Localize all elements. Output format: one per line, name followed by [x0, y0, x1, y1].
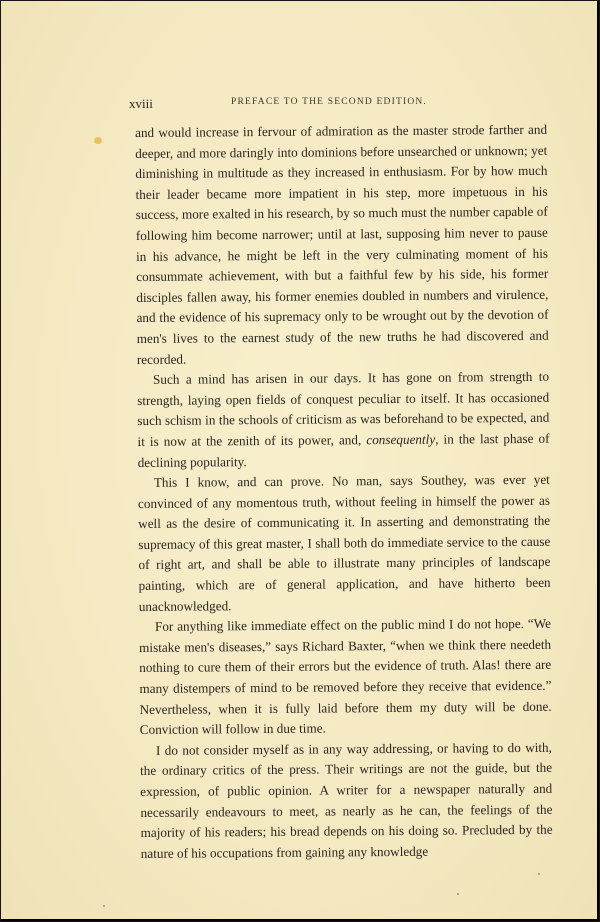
paper-speck	[103, 905, 105, 907]
paragraph-3: This I know, and can prove. No man, says…	[138, 470, 551, 617]
paper-stain-mark	[94, 137, 102, 144]
page-header: xviii PREFACE TO THE SECOND EDITION.	[129, 96, 549, 116]
running-head: PREFACE TO THE SECOND EDITION.	[231, 97, 427, 107]
page-body: and would increase in fervour of admirat…	[135, 120, 553, 865]
paragraph-1: and would increase in fervour of admirat…	[135, 120, 549, 370]
paragraph-5: I do not consider myself as in any way a…	[140, 738, 553, 865]
page-number: xviii	[129, 96, 153, 112]
paragraph-4: For anything like immediate effect on th…	[139, 614, 552, 741]
scanned-book-page: xviii PREFACE TO THE SECOND EDITION. and…	[1, 1, 599, 921]
paragraph-2: Such a mind has arisen in our days. It h…	[137, 367, 550, 473]
paper-speck	[457, 893, 459, 895]
paper-speck	[538, 873, 540, 875]
paragraph-2-italic: consequently	[366, 432, 435, 448]
